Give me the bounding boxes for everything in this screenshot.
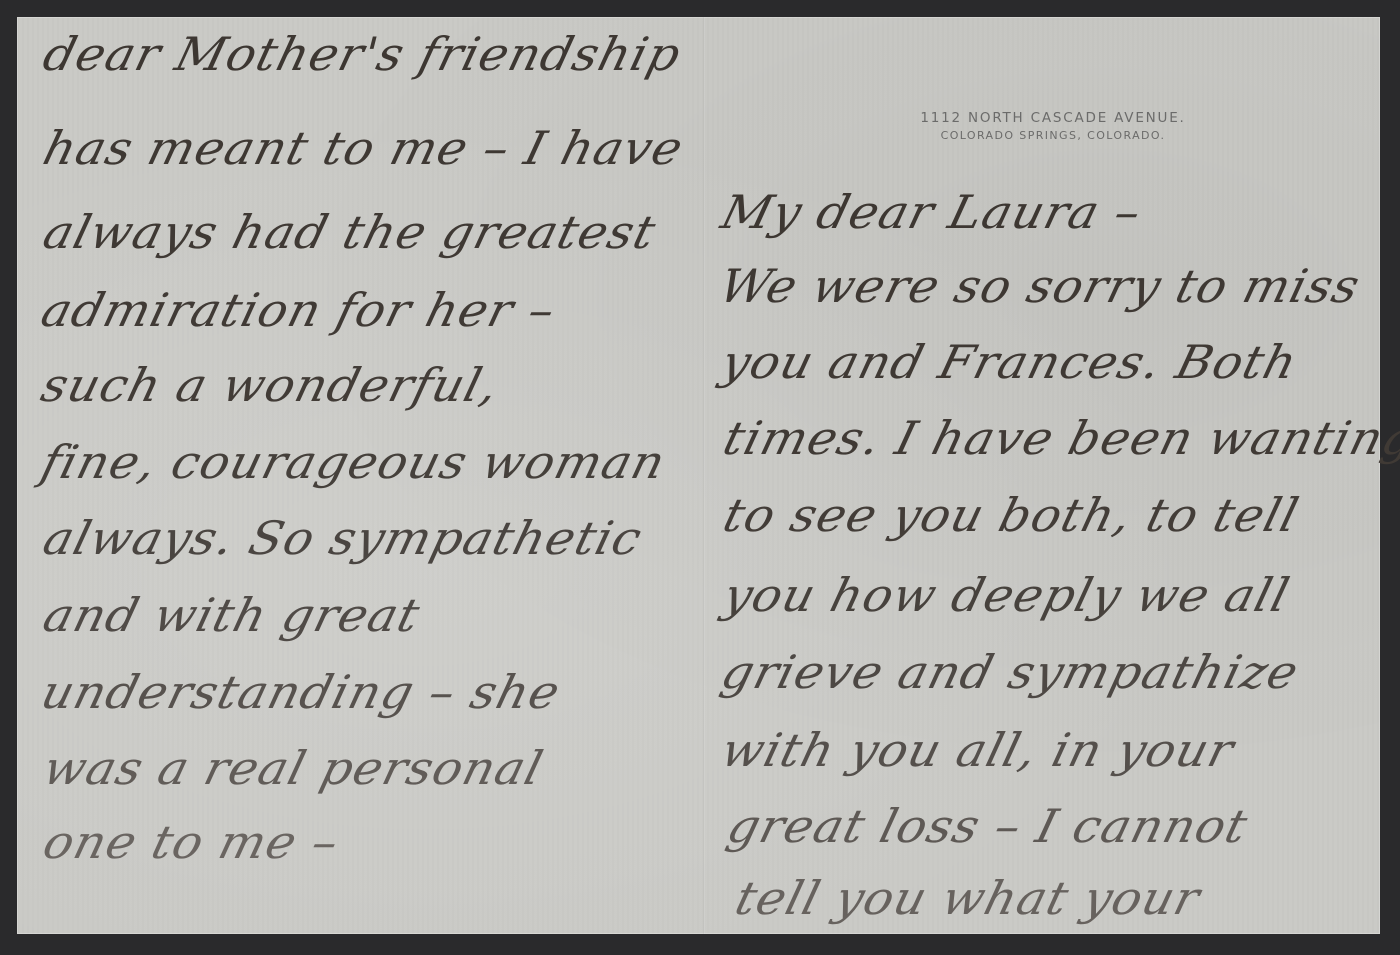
handwritten-line: tell you what your — [731, 875, 1205, 921]
handwritten-line: has meant to me – I have — [39, 125, 688, 171]
handwritten-line: dear Mother's friendship — [39, 31, 686, 77]
handwritten-line: grieve and sympathize — [717, 649, 1304, 695]
handwritten-line: you and Frances. Both — [717, 339, 1302, 385]
handwritten-line: admiration for her – — [37, 287, 560, 333]
handwritten-line: great loss – I cannot — [723, 803, 1253, 849]
handwritten-line: always. So sympathetic — [39, 515, 647, 561]
handwritten-line: such a wonderful, — [37, 362, 504, 408]
handwritten-line: always had the greatest — [39, 209, 661, 255]
letterhead: 1112 NORTH CASCADE AVENUE. COLORADO SPRI… — [863, 110, 1243, 142]
handwritten-line: one to me – — [39, 819, 344, 865]
salutation: My dear Laura – — [717, 189, 1146, 235]
handwritten-line: understanding – she — [37, 669, 565, 715]
handwritten-line: was a real personal — [39, 745, 548, 791]
letterhead-address-street: 1112 NORTH CASCADE AVENUE. — [863, 110, 1243, 126]
handwritten-line: to see you both, to tell — [719, 492, 1304, 538]
center-fold — [703, 17, 705, 934]
handwritten-line: with you all, in your — [717, 727, 1239, 773]
handwritten-line: and with great — [39, 592, 425, 638]
letter-paper: 1112 NORTH CASCADE AVENUE. COLORADO SPRI… — [17, 17, 1380, 934]
handwritten-line: you how deeply we all — [719, 572, 1294, 618]
handwritten-line: We were so sorry to miss — [715, 263, 1365, 309]
handwritten-line: times. I have been wanting — [719, 415, 1400, 461]
handwritten-line: fine, courageous woman — [37, 439, 670, 485]
letterhead-address-city: COLORADO SPRINGS, COLORADO. — [863, 129, 1243, 142]
